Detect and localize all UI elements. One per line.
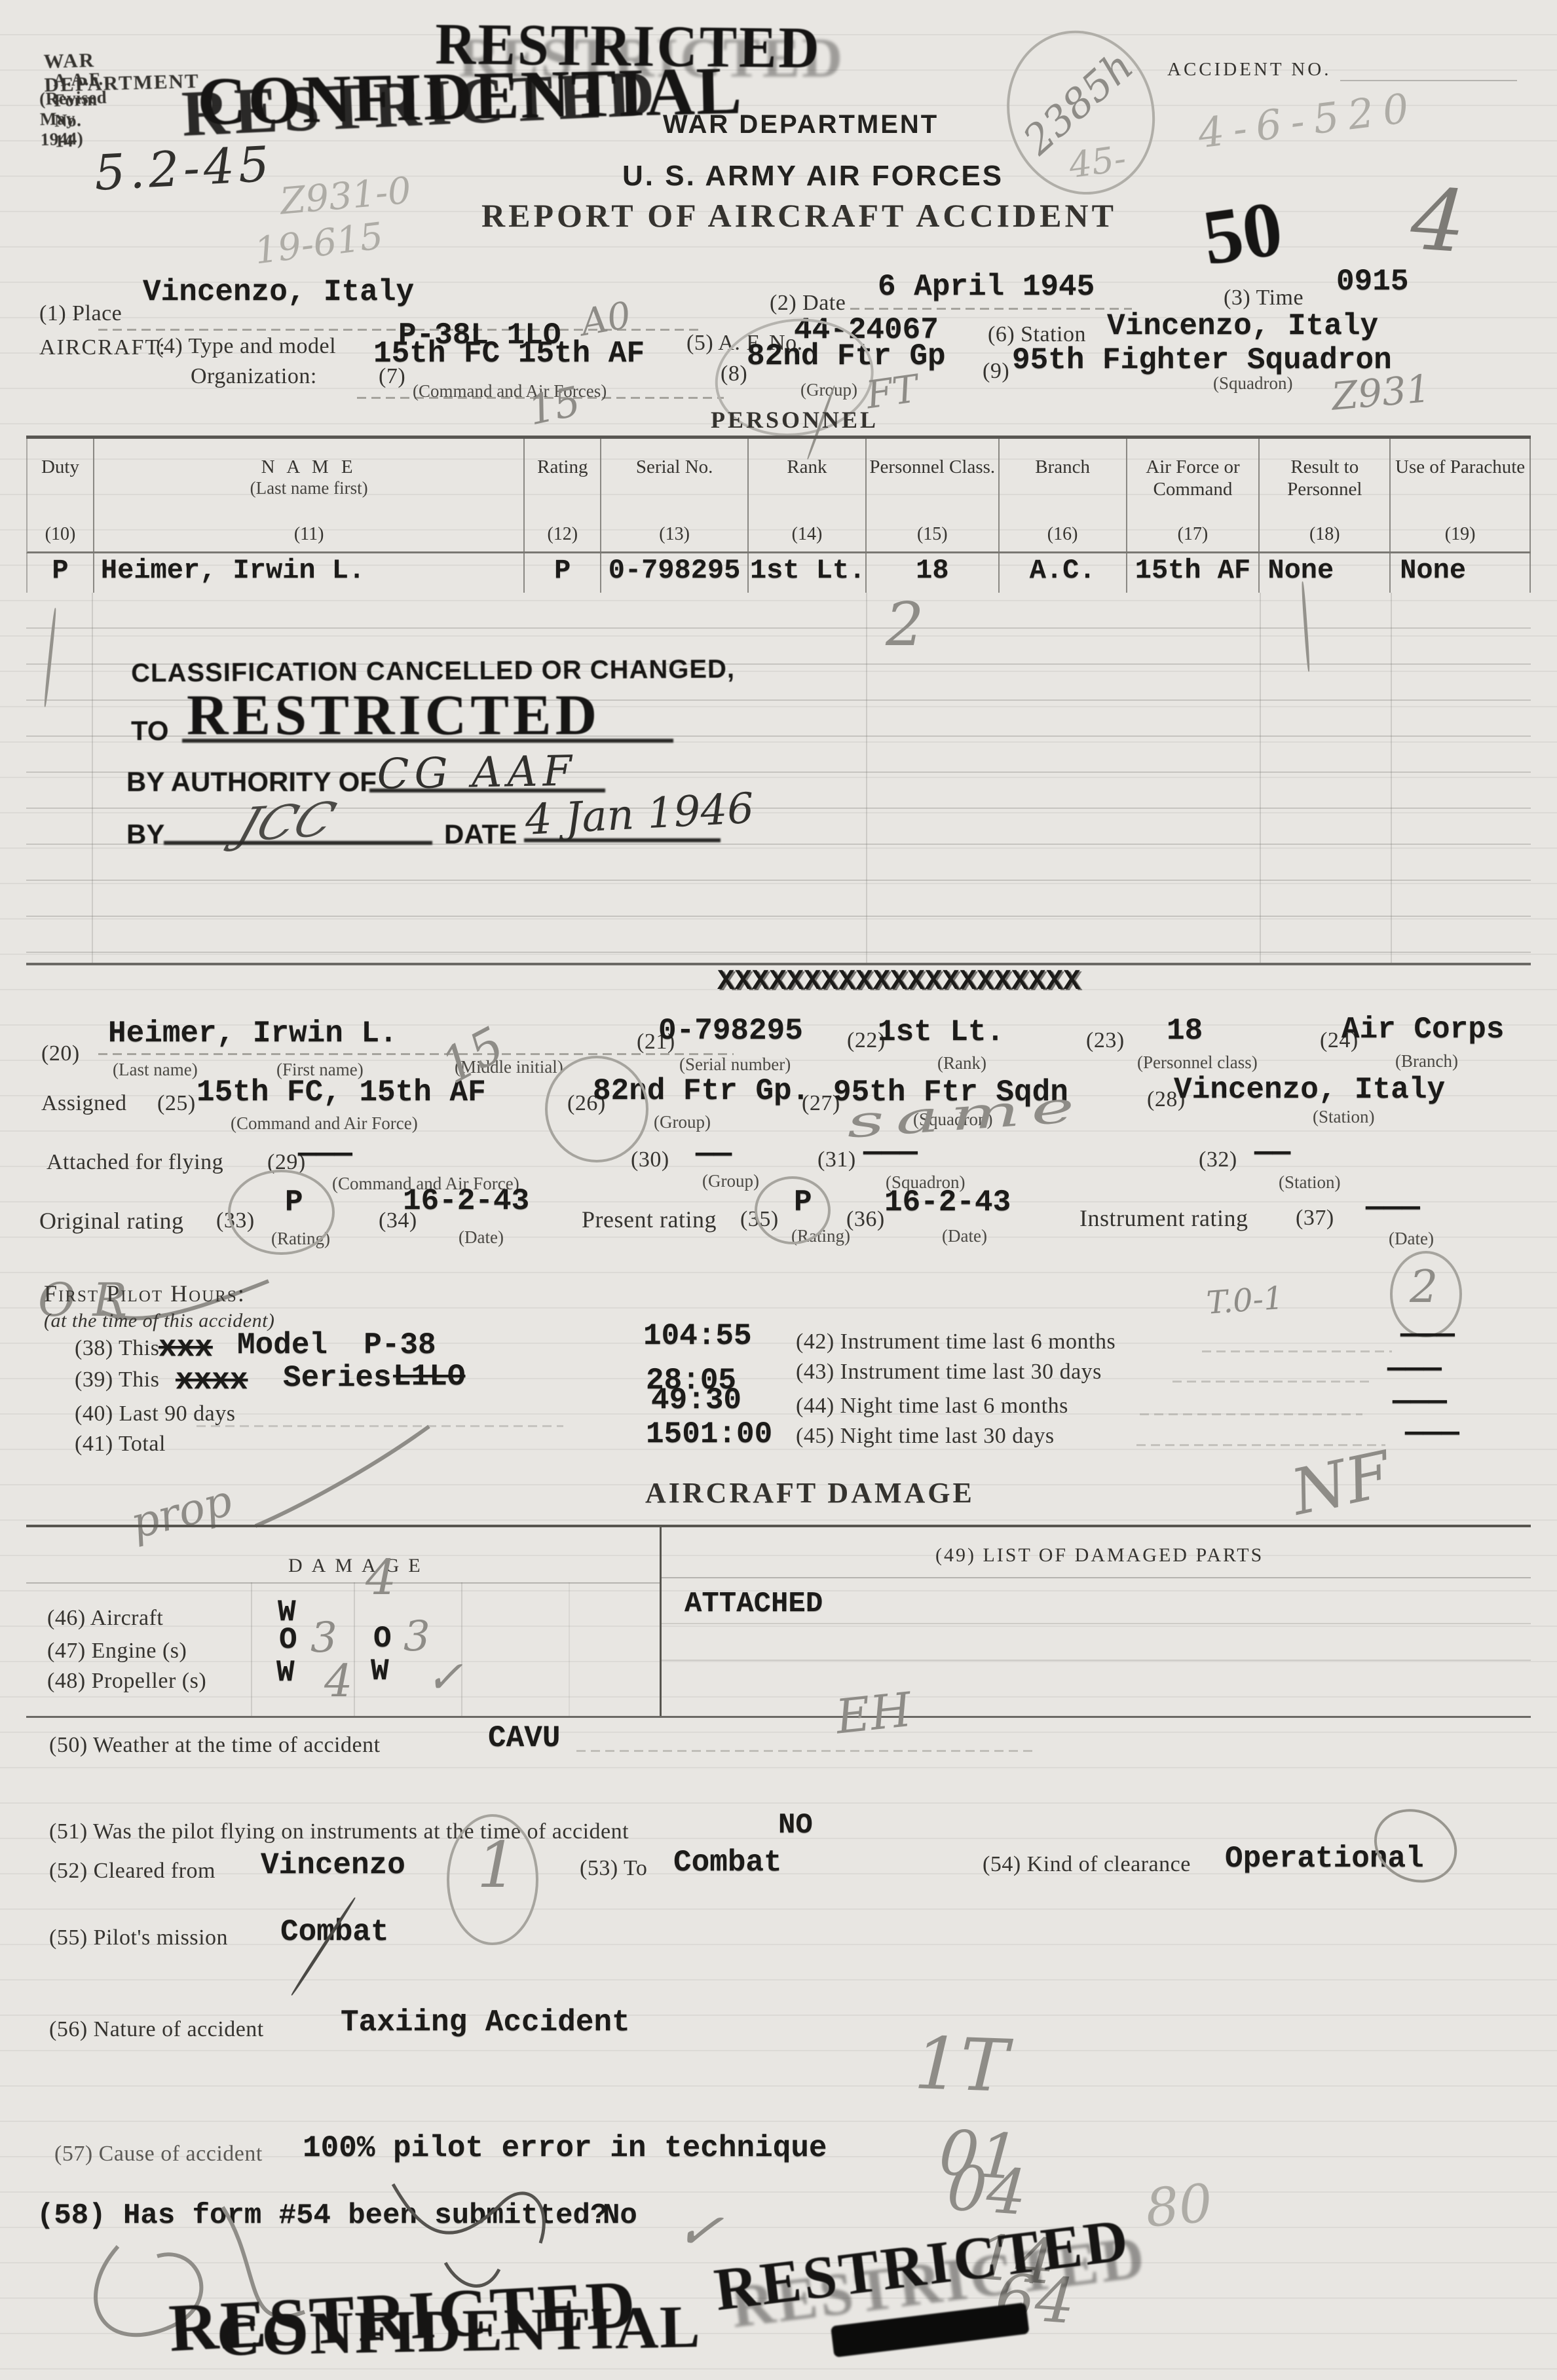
- field-43-value: ———: [1387, 1352, 1442, 1386]
- accident-no-label: ACCIDENT NO.: [1167, 59, 1331, 81]
- stamp-line: [182, 739, 673, 743]
- col-title: Air Force or Command: [1127, 456, 1259, 500]
- field-52-label: (52) Cleared from: [49, 1859, 216, 1884]
- pencil-accident-number: 4-6-520: [1195, 83, 1421, 158]
- field-21-value: 0-798295: [658, 1014, 803, 1048]
- field-53-value: Combat: [673, 1846, 782, 1880]
- field-51-label: (51) Was the pilot flying on instruments…: [49, 1819, 629, 1844]
- col-parachute: Use of Parachute(19): [1391, 439, 1531, 551]
- field-38-strike: xxx: [159, 1331, 213, 1365]
- col-num: (18): [1260, 524, 1389, 545]
- result-value: None: [1267, 555, 1334, 586]
- cell-command: 15th AF: [1127, 553, 1260, 593]
- col-num: (19): [1391, 524, 1529, 545]
- pencil-t01: T.0-1: [1205, 1280, 1285, 1322]
- pilot-hours-title: First Pilot Hours:: [44, 1280, 246, 1307]
- field-53-label: (53) To: [580, 1856, 647, 1881]
- field-1-value: Vincenzo, Italy: [143, 275, 414, 309]
- field-25-value: 15th FC, 15th AF: [197, 1075, 486, 1109]
- parachute-value: None: [1400, 555, 1466, 586]
- col-title: N A M E: [94, 456, 523, 478]
- col-num: (11): [94, 524, 523, 545]
- field-50-value: CAVU: [488, 1721, 560, 1755]
- pencil-loop-operational: [1362, 1796, 1469, 1896]
- pencil-15-org: 15: [524, 377, 584, 435]
- pencil-nf: NF: [1285, 1438, 1397, 1530]
- field-36-value: 16-2-43: [884, 1185, 1011, 1219]
- stamp-50: 50: [1197, 183, 1288, 283]
- pencil-check-swoosh: [249, 1421, 439, 1533]
- class-value: 18: [916, 555, 948, 586]
- cell-rating: P: [525, 553, 601, 593]
- scanned-accident-report-page: WAR DEPARTMENT A.A.F. Form No. 14 (Revis…: [0, 0, 1557, 2380]
- field-32-label: (32): [1199, 1147, 1237, 1172]
- field-31-label: (31): [817, 1147, 856, 1172]
- field-38-label: (38) This: [75, 1336, 159, 1361]
- reclass-to-label: TO: [131, 715, 169, 747]
- field-4-label: (4) Type and model: [156, 334, 336, 359]
- field-39-label: (39) This: [75, 1367, 159, 1392]
- field-45-value: ———: [1405, 1416, 1459, 1450]
- field-40-label: (40) Last 90 days: [75, 1402, 236, 1426]
- rating-value: P: [554, 555, 571, 586]
- col-subtitle: (Last name first): [94, 478, 523, 498]
- damage-divider: [660, 1527, 662, 1716]
- cell-serial: 0-798295: [601, 553, 749, 593]
- col-title: Duty: [28, 456, 93, 478]
- stamp-line: [164, 841, 432, 845]
- field-54-label: (54) Kind of clearance: [983, 1852, 1191, 1877]
- col-name: N A M E(Last name first)(11): [94, 439, 525, 551]
- field-36-sub: (Date): [942, 1226, 987, 1246]
- field-43-label: (43) Instrument time last 30 days: [796, 1360, 1102, 1385]
- original-rating-label: Original rating: [39, 1207, 183, 1235]
- col-num: (14): [749, 524, 865, 545]
- pencil-4-topright: 4: [1408, 169, 1469, 272]
- personnel-row: P Heimer, Irwin L. P 0-798295 1st Lt. 18…: [26, 553, 1531, 593]
- pencil-circled-1: 1: [477, 1829, 517, 1902]
- ruled-line: [662, 1660, 1531, 1661]
- field-32-value: ——: [1254, 1136, 1290, 1170]
- accident-no-line: [1340, 80, 1517, 81]
- field-42-label: (42) Instrument time last 6 months: [796, 1329, 1116, 1354]
- damage-cell-divider: [251, 1582, 252, 1716]
- reclass-date-label: DATE: [444, 819, 517, 850]
- damage-cell-divider: [569, 1582, 570, 1716]
- field-26-sub: (Group): [654, 1112, 711, 1132]
- field-41-value: 1501:00: [646, 1417, 772, 1451]
- reclass-by-label: BY: [126, 819, 164, 850]
- pencil-2-table: 2: [886, 589, 924, 660]
- pencil-circle-rating1: [228, 1170, 335, 1255]
- command-value: 15th AF: [1135, 555, 1250, 586]
- stamp-line: [369, 789, 605, 792]
- field-56-value: Taxiing Accident: [341, 2005, 630, 2039]
- usaaf-heading: U. S. ARMY AIR FORCES: [622, 160, 1004, 193]
- damage-cell-divider: [354, 1582, 355, 1716]
- field-45-label: (45) Night time last 30 days: [796, 1424, 1055, 1449]
- attached-label: Attached for flying: [47, 1150, 223, 1175]
- org-label: Organization:: [191, 364, 317, 389]
- field-29-value: ———: [298, 1137, 352, 1171]
- stamp-line: [524, 838, 721, 842]
- field-31-value: ———: [863, 1136, 918, 1170]
- pencil-19-615: 19-615: [252, 215, 386, 273]
- field-34-value: 16-2-43: [403, 1184, 529, 1218]
- field-47-value2: O: [373, 1622, 392, 1656]
- field-1-label: (1) Place: [39, 301, 122, 326]
- entry-line: [576, 1750, 1035, 1752]
- field-30-label: (30): [631, 1147, 669, 1172]
- field-9-value: 95th Fighter Squadron: [1012, 343, 1392, 377]
- pen-date-annotation: 5.2-45: [93, 136, 274, 202]
- report-title: REPORT OF AIRCRAFT ACCIDENT: [481, 196, 1117, 234]
- pencil-4-damage: 4: [366, 1550, 396, 1606]
- field-57-value: 100% pilot error in technique: [303, 2131, 827, 2165]
- col-rank: Rank(14): [749, 439, 867, 551]
- field-37-value: ———: [1366, 1191, 1420, 1225]
- pencil-circled-2: 2: [1410, 1261, 1438, 1313]
- field-9-sublabel: (Squadron): [1213, 373, 1292, 394]
- col-title: Serial No.: [601, 456, 747, 478]
- col-command: Air Force or Command(17): [1127, 439, 1260, 551]
- field-22-sub: (Rank): [937, 1053, 986, 1073]
- field-23-sub: (Personnel class): [1137, 1052, 1258, 1073]
- field-46-label: (46) Aircraft: [47, 1606, 163, 1631]
- cell-branch: A.C.: [1000, 553, 1127, 593]
- field-20-label: (20): [41, 1041, 80, 1066]
- field-28-value: Vincenzo, Italy: [1174, 1073, 1445, 1107]
- table-divider: [1391, 593, 1392, 963]
- field-30-value: ——: [696, 1137, 732, 1171]
- col-rating: Rating(12): [525, 439, 601, 551]
- pencil-3a: 3: [310, 1614, 337, 1662]
- col-class: Personnel Class.(15): [867, 439, 1000, 551]
- field-47-value1: O: [279, 1623, 297, 1657]
- col-title: Personnel Class.: [867, 456, 998, 478]
- col-title: Rating: [525, 456, 600, 478]
- field-20-sub1: (Last name): [113, 1060, 198, 1080]
- field-34-sub: (Date): [459, 1227, 504, 1248]
- field-39-post: Series: [283, 1361, 392, 1395]
- col-title: Rank: [749, 456, 865, 478]
- col-serial: Serial No.(13): [601, 439, 749, 551]
- duty-value: P: [52, 555, 68, 586]
- branch-value: A.C.: [1030, 555, 1096, 586]
- field-44-value: ———: [1393, 1385, 1447, 1419]
- cell-class: 18: [867, 553, 1000, 593]
- field-3-label: (3) Time: [1224, 286, 1304, 310]
- pencil-80: 80: [1143, 2172, 1215, 2239]
- field-48-value1: W: [276, 1656, 295, 1690]
- field-38-value: 104:55: [643, 1319, 752, 1353]
- col-num: (17): [1127, 524, 1259, 545]
- col-title: Use of Parachute: [1391, 456, 1529, 478]
- damage-attached-value: ATTACHED: [685, 1588, 823, 1620]
- col-num: (13): [601, 524, 747, 545]
- form-revision: (Revised May 1944): [39, 87, 108, 150]
- field-2-value: 6 April 1945: [878, 270, 1095, 304]
- field-41-label: (41) Total: [75, 1432, 166, 1457]
- cell-name: Heimer, Irwin L.: [94, 553, 525, 593]
- field-39-strike: xxxx: [176, 1364, 248, 1398]
- cell-duty: P: [28, 553, 94, 593]
- field-52-value: Vincenzo: [261, 1848, 405, 1882]
- crossed-out-header: XXXXXXXXXXXXXXXXXXXXX: [717, 965, 1081, 998]
- field-48-label: (48) Propeller (s): [47, 1669, 206, 1694]
- field-9-label: (9): [983, 359, 1009, 384]
- field-39-post-strike: L1LO: [393, 1360, 465, 1394]
- field-51-value: NO: [778, 1809, 813, 1842]
- field-22-value: 1st Lt.: [878, 1015, 1004, 1049]
- field-21-sub: (Serial number): [679, 1054, 791, 1075]
- entry-line: [1172, 1381, 1369, 1383]
- pencil-circle-15: [545, 1056, 648, 1162]
- name-value: Heimer, Irwin L.: [101, 555, 365, 586]
- field-30-sub: (Group): [702, 1171, 759, 1191]
- entry-line: [850, 308, 1132, 310]
- damage-table: DAMAGE (49) LIST OF DAMAGED PARTS ATTACH…: [26, 1525, 1531, 1718]
- field-32-sub: (Station): [1279, 1172, 1341, 1193]
- col-num: (12): [525, 524, 600, 545]
- field-36-label: (36): [846, 1207, 885, 1232]
- cell-result: None: [1260, 553, 1391, 593]
- field-37-label: (37): [1296, 1206, 1334, 1231]
- serial-value: 0-798295: [609, 555, 741, 586]
- field-25-sub: (Command and Air Force): [231, 1113, 418, 1134]
- field-40-value: 49:30: [651, 1383, 741, 1417]
- field-23-value: 18: [1167, 1014, 1203, 1048]
- cell-parachute: None: [1391, 553, 1531, 593]
- field-44-label: (44) Night time last 6 months: [796, 1394, 1068, 1419]
- cell-rank: 1st Lt.: [749, 553, 867, 593]
- damage-header-line: [26, 1582, 660, 1584]
- field-24-value: Air Corps: [1341, 1013, 1504, 1047]
- pencil-4-prop: 4: [324, 1656, 352, 1707]
- pencil-check-prop: ✓: [426, 1652, 463, 1703]
- col-title: Branch: [1000, 456, 1126, 478]
- field-3-value: 0915: [1336, 265, 1408, 299]
- col-num: (16): [1000, 524, 1126, 545]
- field-38-post: Model P-38: [237, 1328, 436, 1362]
- field-50-label: (50) Weather at the time of accident: [49, 1733, 381, 1758]
- table-divider: [92, 593, 93, 963]
- table-divider: [1260, 593, 1261, 963]
- pencil-1t: 1T: [913, 2021, 1010, 2108]
- col-duty: Duty(10): [28, 439, 94, 551]
- entry-line: [1202, 1350, 1392, 1352]
- field-47-label: (47) Engine (s): [47, 1639, 187, 1664]
- col-branch: Branch(16): [1000, 439, 1127, 551]
- field-6-value: Vincenzo, Italy: [1107, 309, 1378, 343]
- assigned-label: Assigned: [41, 1091, 127, 1116]
- damage-right-header: (49) LIST OF DAMAGED PARTS: [935, 1544, 1264, 1567]
- instrument-rating-label: Instrument rating: [1079, 1204, 1248, 1232]
- pencil-eh: EH: [833, 1682, 914, 1745]
- col-result: Result to Personnel(18): [1260, 439, 1391, 551]
- field-24-sub: (Branch): [1395, 1051, 1458, 1071]
- entry-line: [1140, 1413, 1362, 1415]
- war-department-heading: WAR DEPARTMENT: [663, 110, 939, 139]
- col-num: (10): [28, 524, 93, 545]
- damage-cell-divider: [461, 1582, 462, 1716]
- field-42-value: ———: [1400, 1318, 1455, 1352]
- present-rating-label: Present rating: [582, 1206, 717, 1233]
- field-23-label: (23): [1086, 1028, 1125, 1053]
- field-28-sub: (Station): [1313, 1107, 1375, 1127]
- table-divider: [866, 593, 867, 963]
- pencil-z931-top: Z931: [1330, 366, 1432, 419]
- pencil-circle-rating2: [755, 1176, 831, 1244]
- field-37-sub: (Date): [1389, 1229, 1434, 1249]
- damage-left-header: DAMAGE: [288, 1555, 430, 1577]
- ruled-line: [662, 1623, 1531, 1624]
- field-20-value: Heimer, Irwin L.: [108, 1016, 398, 1051]
- pencil-45: 45-: [1066, 138, 1129, 186]
- personnel-table-header: Duty(10) N A M E(Last name first)(11) Ra…: [26, 439, 1531, 553]
- aircraft-section-label: AIRCRAFT:: [39, 335, 166, 360]
- aircraft-damage-title: AIRCRAFT DAMAGE: [645, 1476, 975, 1510]
- damage-header-line: [662, 1577, 1531, 1578]
- field-25-label: (25): [157, 1091, 196, 1116]
- field-48-value2: W: [371, 1654, 389, 1688]
- field-7-value: 15th FC 15th AF: [373, 337, 645, 371]
- personnel-title: PERSONNEL: [711, 406, 878, 434]
- field-56-label: (56) Nature of accident: [49, 2017, 264, 2042]
- field-2-label: (2) Date: [770, 291, 846, 316]
- pencil-z931-0: Z931-0: [278, 170, 413, 223]
- rank-value: 1st Lt.: [750, 555, 865, 586]
- field-55-label: (55) Pilot's mission: [49, 1925, 228, 1950]
- col-title: Result to Personnel: [1260, 456, 1389, 500]
- col-num: (15): [867, 524, 998, 545]
